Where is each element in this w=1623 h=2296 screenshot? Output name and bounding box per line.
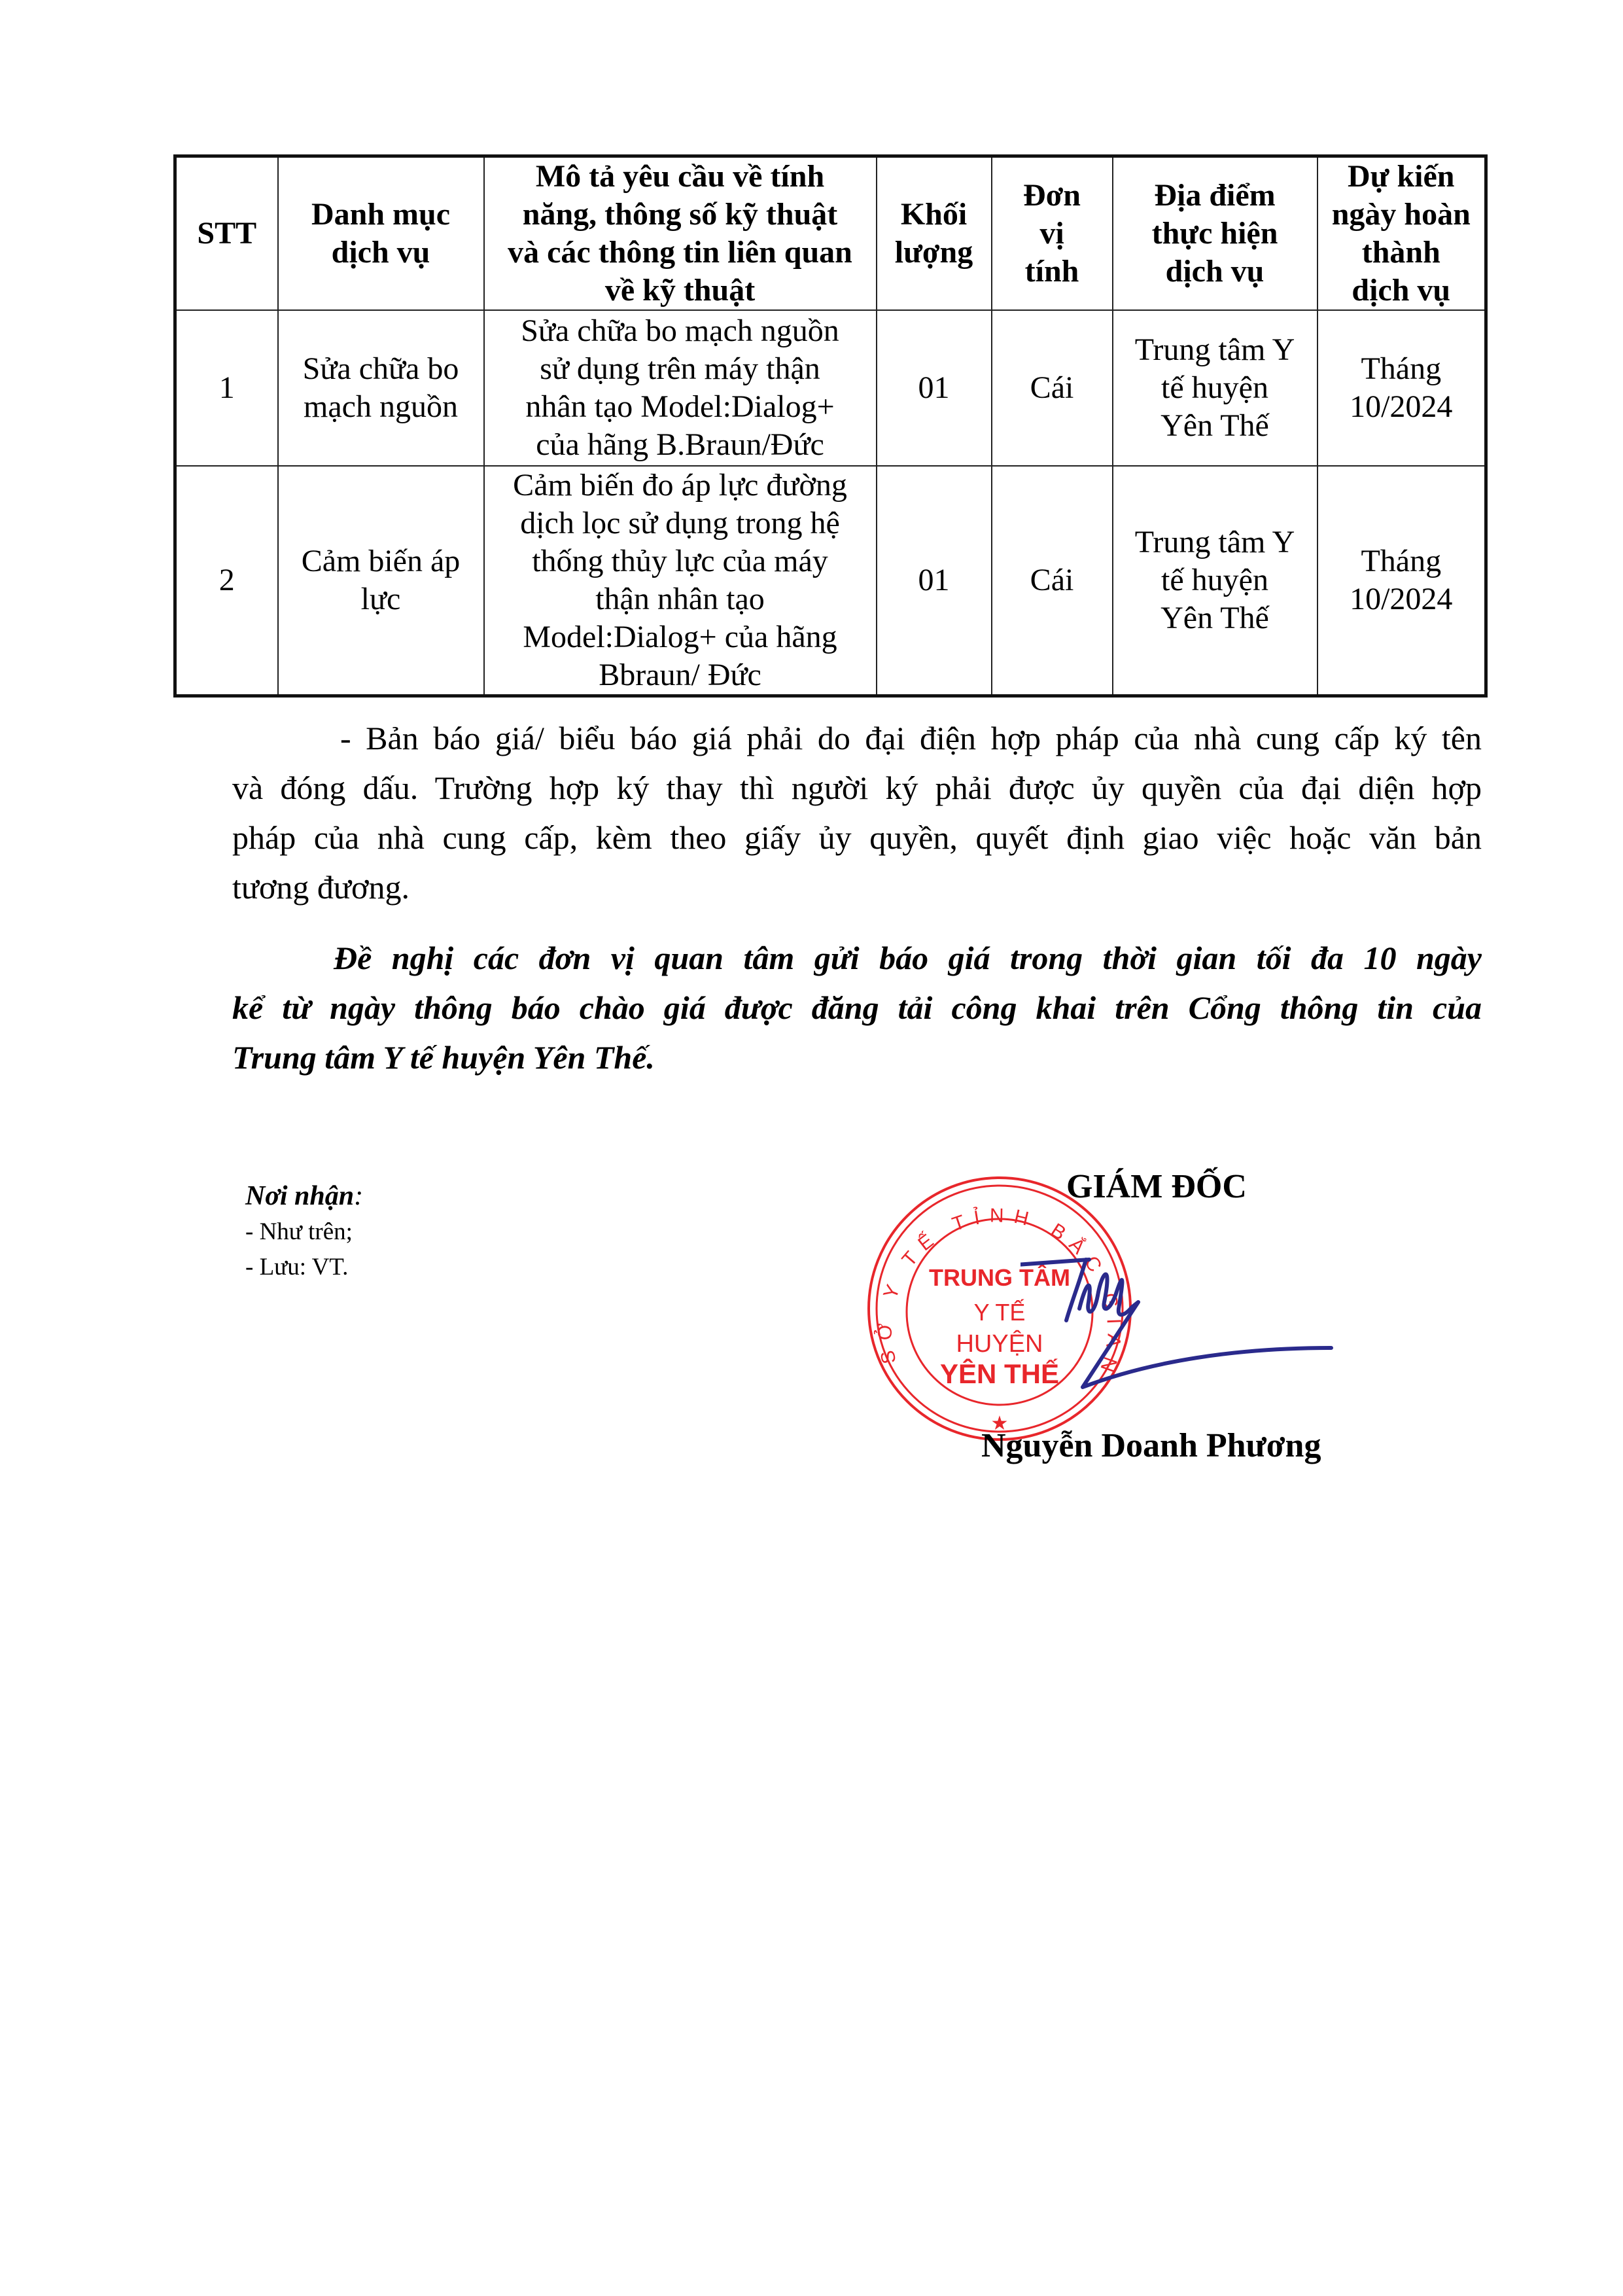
cell-text: Cảm biến áp [284,542,478,580]
cell-text: thống thủy lực của máy [490,542,871,580]
cell-service: Sửa chữa bomạch nguồn [278,310,484,466]
paragraph-line: và đóng dấu. Trường hợp ký thay thì ngườ… [232,763,1482,813]
header-text: lượng [882,234,986,272]
paragraph-line: tương đương. [232,862,1482,912]
cell-text: dịch lọc sử dụng trong hệ [490,504,871,542]
recipients-colon: : [354,1181,363,1211]
cell-completion: Tháng10/2024 [1318,466,1486,696]
header-text: Dự kiến [1323,158,1480,196]
cell-text: mạch nguồn [284,388,478,426]
cell-text: của hãng B.Braun/Đức [490,426,871,464]
cell-text: Sửa chữa bo [284,350,478,388]
cell-completion: Tháng10/2024 [1318,310,1486,466]
table-header-row: STTDanh mụcdịch vụMô tả yêu cầu về tínhn… [175,156,1486,311]
header-text: thành [1323,234,1480,272]
cell-text: Trung tâm Y [1119,331,1312,369]
cell-unit: Cái [992,310,1113,466]
paragraph-line: pháp của nhà cung cấp, kèm theo giấy ủy … [232,813,1482,862]
cell-text: Tháng [1323,350,1480,388]
header-text: Khối [882,196,986,234]
cell-location: Trung tâm Ytế huyệnYên Thế [1113,466,1318,696]
paragraph-line: Đề nghị các đơn vị quan tâm gửi báo giá … [232,933,1482,983]
header-text: STT [182,215,272,253]
header-text: ngày hoàn [1323,196,1480,234]
table-row: 1Sửa chữa bomạch nguồnSửa chữa bo mạch n… [175,310,1486,466]
paragraph-line: Trung tâm Y tế huyện Yên Thế. [232,1033,1482,1082]
header-text: Đơn [998,177,1107,215]
quote-requirements-paragraph: - Bản báo giá/ biểu báo giá phải do đại … [232,713,1482,912]
cell-text: tế huyện [1119,561,1312,599]
cell-text: tế huyện [1119,369,1312,407]
cell-text: nhân tạo Model:Dialog+ [490,388,871,426]
header-text: vị [998,215,1107,253]
cell-text: Cảm biến đo áp lực đường [490,467,871,504]
cell-stt: 1 [175,310,278,466]
paragraph-line: kể từ ngày thông báo chào giá được đăng … [232,983,1482,1033]
cell-text: 10/2024 [1323,388,1480,426]
header-description: Mô tả yêu cầu về tínhnăng, thông số kỹ t… [484,156,877,311]
recipient-item: - Lưu: VT. [245,1250,363,1285]
document-page: STTDanh mụcdịch vụMô tả yêu cầu về tínhn… [0,0,1623,2296]
header-text: thực hiện [1119,215,1312,253]
paragraph-line: - Bản báo giá/ biểu báo giá phải do đại … [232,713,1482,763]
header-stt: STT [175,156,278,311]
cell-unit: Cái [992,466,1113,696]
header-text: năng, thông số kỹ thuật [490,196,871,234]
header-text: Danh mục [284,196,478,234]
signature-icon [1021,1256,1387,1426]
cell-text: lực [284,580,478,618]
cell-location: Trung tâm Ytế huyệnYên Thế [1113,310,1318,466]
header-completion: Dự kiếnngày hoànthànhdịch vụ [1318,156,1486,311]
cell-quantity: 01 [877,466,992,696]
service-table: STTDanh mụcdịch vụMô tả yêu cầu về tínhn… [173,154,1488,698]
cell-text: Trung tâm Y [1119,523,1312,561]
header-text: tính [998,253,1107,291]
cell-stt: 2 [175,466,278,696]
signer-title: GIÁM ĐỐC [1066,1167,1247,1206]
cell-text: thận nhân tạo [490,580,871,618]
signer-name: Nguyễn Doanh Phương [981,1426,1321,1465]
submission-request-paragraph: Đề nghị các đơn vị quan tâm gửi báo giá … [232,933,1482,1082]
cell-text: Tháng [1323,542,1480,580]
cell-text: Sửa chữa bo mạch nguồn [490,312,871,350]
header-text: Mô tả yêu cầu về tính [490,158,871,196]
header-quantity: Khốilượng [877,156,992,311]
header-unit: Đơnvịtính [992,156,1113,311]
cell-text: Model:Dialog+ của hãng [490,618,871,656]
cell-quantity: 01 [877,310,992,466]
header-location: Địa điểmthực hiệndịch vụ [1113,156,1318,311]
header-text: dịch vụ [1119,253,1312,291]
recipients-title: Nơi nhận: [245,1178,363,1214]
table-row: 2Cảm biến áplựcCảm biến đo áp lực đườngd… [175,466,1486,696]
cell-description: Sửa chữa bo mạch nguồnsử dụng trên máy t… [484,310,877,466]
recipient-item: - Như trên; [245,1214,363,1250]
cell-text: sử dụng trên máy thận [490,350,871,388]
cell-text: Yên Thế [1119,599,1312,637]
header-text: và các thông tin liên quan [490,234,871,272]
cell-service: Cảm biến áplực [278,466,484,696]
cell-text: Bbraun/ Đức [490,656,871,694]
header-text: dịch vụ [284,234,478,272]
cell-text: 10/2024 [1323,580,1480,618]
header-service: Danh mụcdịch vụ [278,156,484,311]
cell-description: Cảm biến đo áp lực đườngdịch lọc sử dụng… [484,466,877,696]
recipients-block: Nơi nhận: - Như trên; - Lưu: VT. [245,1178,363,1285]
header-text: dịch vụ [1323,272,1480,309]
cell-text: Yên Thế [1119,407,1312,445]
header-text: Địa điểm [1119,177,1312,215]
svg-text:Y TẾ: Y TẾ [974,1299,1026,1326]
recipients-title-text: Nơi nhận [245,1181,354,1211]
header-text: về kỹ thuật [490,272,871,309]
